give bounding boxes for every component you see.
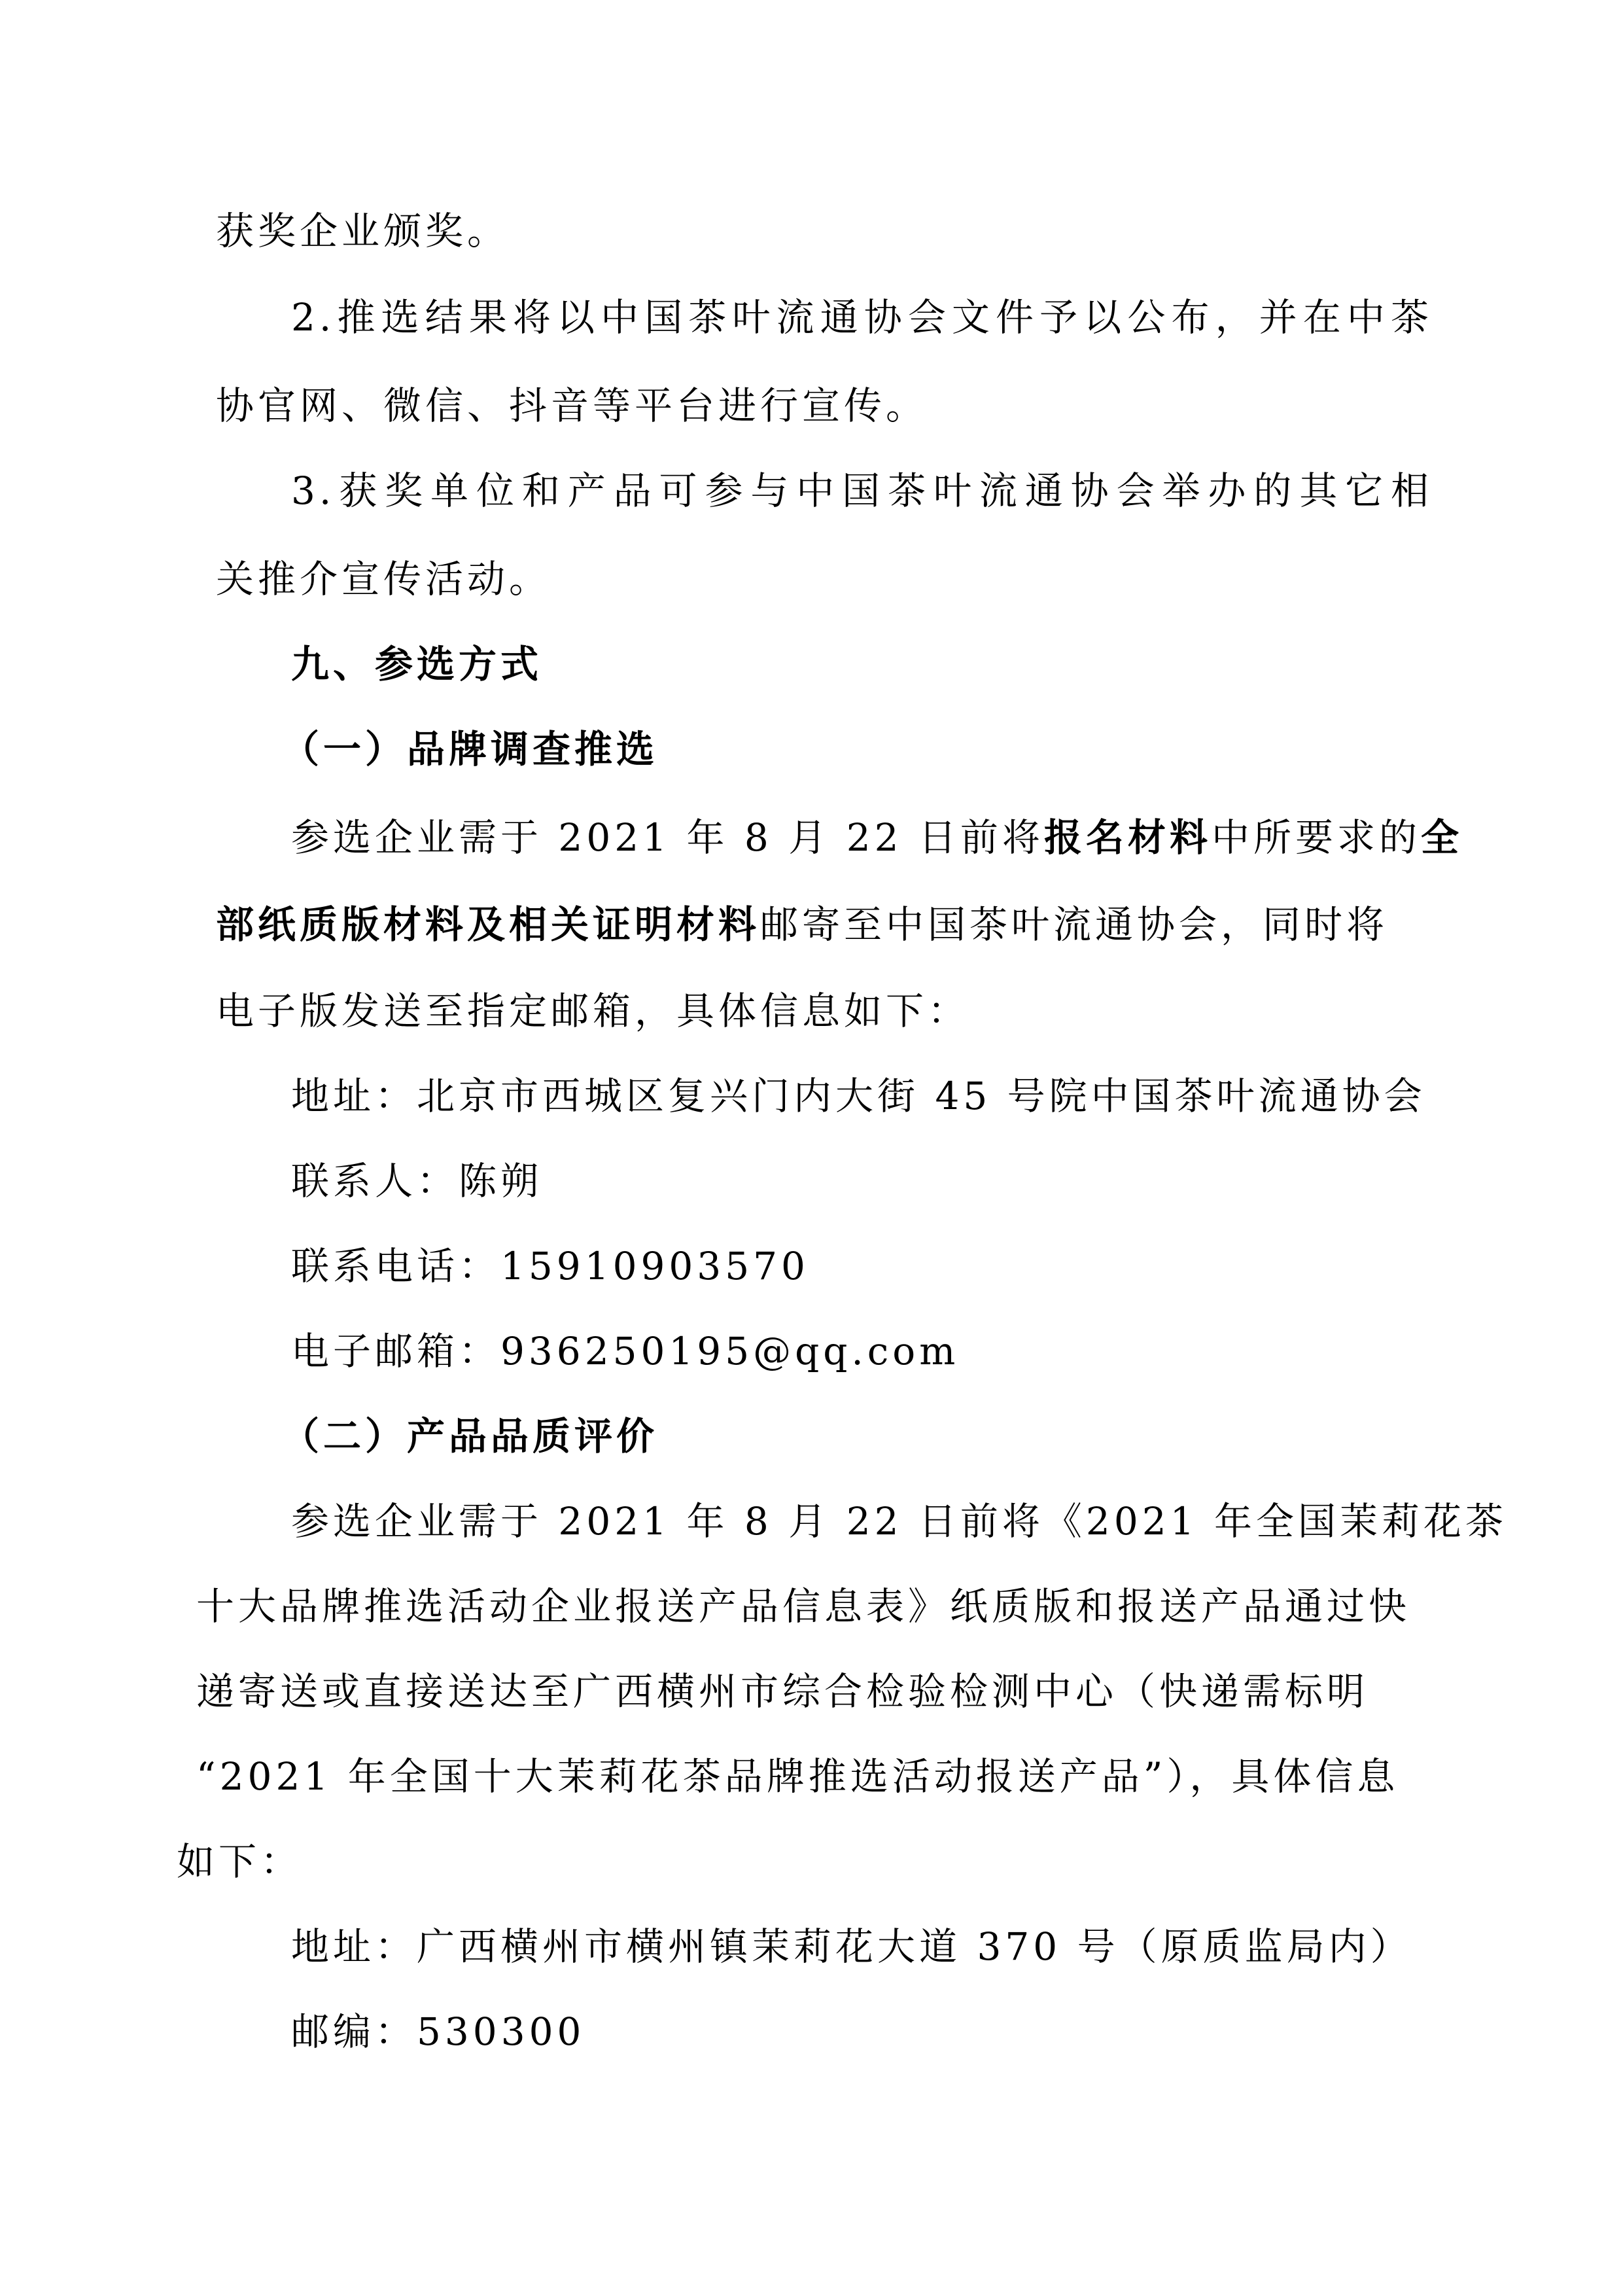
address-line: 地址：北京市西城区复兴门内大街 45 号院中国茶叶流通协会	[291, 1073, 1508, 1119]
section-heading: 九、参选方式	[291, 641, 1508, 687]
paragraph-line: 2.推选结果将以中国茶叶流通协会文件予以公布，并在中茶	[291, 294, 1433, 340]
paragraph-line: 参选企业需于 2021 年 8 月 22 日前将《2021 年全国茉莉花茶	[291, 1498, 1508, 1544]
address-line: 地址：广西横州市横州镇茉莉花大道 370 号（原质监局内）	[291, 1924, 1508, 1969]
paragraph-line: 协官网、微信、抖音等平台进行宣传。	[216, 383, 1433, 429]
bold-text: 部纸质版材料及相关证明材料	[216, 902, 760, 947]
document-page: 获奖企业颁奖。 2.推选结果将以中国茶叶流通协会文件予以公布，并在中茶 协官网、…	[0, 0, 1623, 2296]
paragraph-line: 递寄送或直接送达至广西横州市综合检验检测中心（快递需标明	[196, 1669, 1413, 1714]
phone-line: 联系电话：15910903570	[291, 1243, 1508, 1289]
paragraph-line: “2021 年全国十大茉莉花茶品牌推选活动报送产品”），具体信息	[196, 1754, 1413, 1799]
paragraph-line: 参选企业需于 2021 年 8 月 22 日前将报名材料中所要求的全	[291, 815, 1508, 860]
postcode-line: 邮编：530300	[291, 2009, 1508, 2055]
email-line: 电子邮箱：936250195@qq.com	[291, 1328, 1508, 1374]
paragraph-line: 十大品牌推选活动企业报送产品信息表》纸质版和报送产品通过快	[196, 1583, 1413, 1629]
paragraph-line: 部纸质版材料及相关证明材料邮寄至中国茶叶流通协会，同时将	[216, 902, 1433, 947]
paragraph-line: 电子版发送至指定邮箱，具体信息如下：	[216, 988, 1433, 1034]
bold-text: 报名材料	[1044, 815, 1212, 860]
subsection-heading: （二）产品品质评价	[281, 1413, 1498, 1459]
paragraph-line: 关推介宣传活动。	[216, 556, 1433, 602]
bold-text: 全	[1421, 815, 1463, 860]
text-run: 邮寄至中国茶叶流通协会，同时将	[760, 902, 1388, 947]
paragraph-line: 3.获奖单位和产品可参与中国茶叶流通协会举办的其它相	[291, 468, 1433, 514]
contact-line: 联系人：陈朔	[291, 1158, 1508, 1204]
paragraph-line: 获奖企业颁奖。	[216, 208, 1433, 254]
subsection-heading: （一）品牌调查推选	[281, 726, 1498, 772]
paragraph-line: 如下：	[177, 1839, 1393, 1884]
text-run: 参选企业需于 2021 年 8 月 22 日前将	[291, 815, 1044, 860]
text-run: 中所要求的	[1212, 815, 1421, 860]
